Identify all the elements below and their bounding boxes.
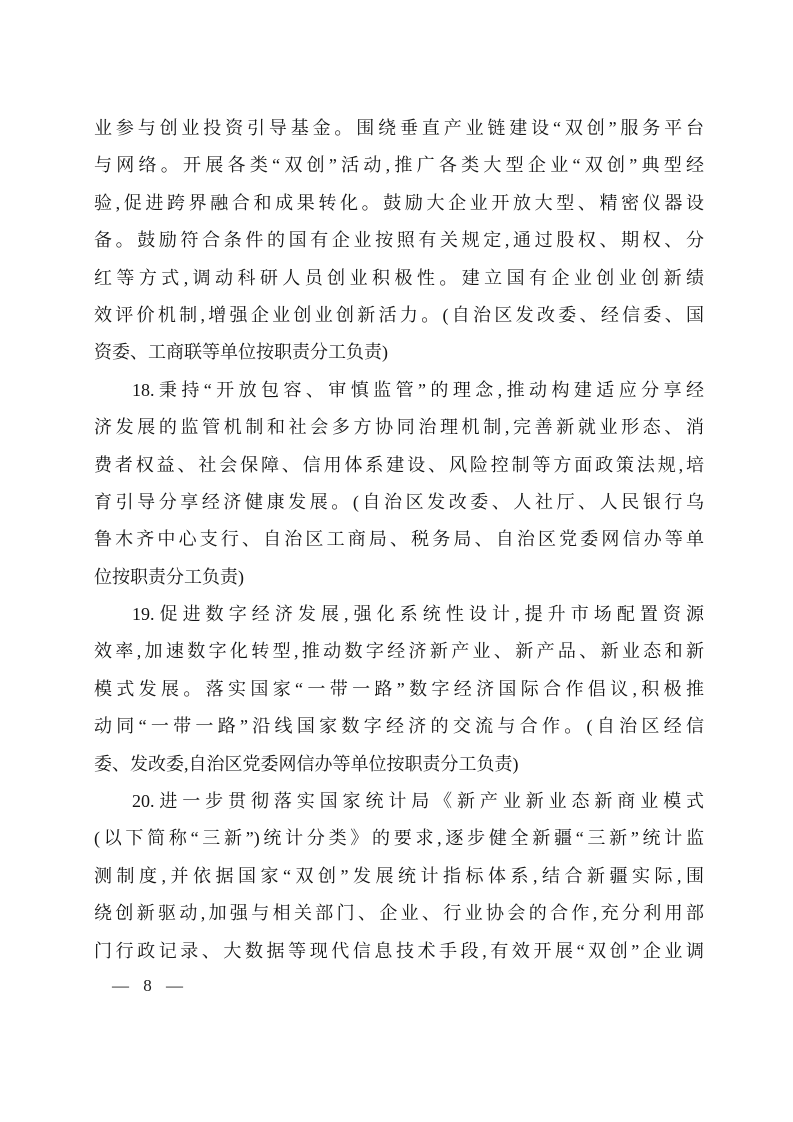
text-line: (以下简称“三新”)统计分类》的要求,逐步健全新疆“三新”统计监: [94, 820, 704, 857]
text-line: 业参与创业投资引导基金。围绕垂直产业链建设“双创”服务平台: [94, 110, 704, 147]
document-body: 业参与创业投资引导基金。围绕垂直产业链建设“双创”服务平台与网络。开展各类“双创…: [94, 110, 704, 970]
text-line: 效率,加速数字化转型,推动数字经济新产业、新产品、新业态和新: [94, 633, 704, 670]
text-line: 测制度,并依据国家“双创”发展统计指标体系,结合新疆实际,围: [94, 858, 704, 895]
text-line: 20.进一步贯彻落实国家统计局《新产业新业态新商业模式: [94, 783, 704, 820]
text-line: 备。鼓励符合条件的国有企业按照有关规定,通过股权、期权、分: [94, 222, 704, 259]
text-line: 育引导分享经济健康发展。(自治区发改委、人社厅、人民银行乌: [94, 484, 704, 521]
text-line: 委、发改委,自治区党委网信办等单位按职责分工负责): [94, 746, 704, 783]
text-line: 绕创新驱动,加强与相关部门、企业、行业协会的合作,充分利用部: [94, 895, 704, 932]
text-line: 效评价机制,增强企业创业创新活力。(自治区发改委、经信委、国: [94, 297, 704, 334]
text-line: 动同“一带一路”沿线国家数字经济的交流与合作。(自治区经信: [94, 708, 704, 745]
text-line: 费者权益、社会保障、信用体系建设、风险控制等方面政策法规,培: [94, 447, 704, 484]
text-line: 模式发展。落实国家“一带一路”数字经济国际合作倡议,积极推: [94, 671, 704, 708]
document-page: 业参与创业投资引导基金。围绕垂直产业链建设“双创”服务平台与网络。开展各类“双创…: [0, 0, 793, 1122]
text-line: 位按职责分工负责): [94, 559, 704, 596]
text-line: 与网络。开展各类“双创”活动,推广各类大型企业“双创”典型经: [94, 147, 704, 184]
text-line: 鲁木齐中心支行、自治区工商局、税务局、自治区党委网信办等单: [94, 521, 704, 558]
text-line: 资委、工商联等单位按职责分工负责): [94, 334, 704, 371]
page-number: — 8 —: [112, 972, 188, 1000]
text-line: 19.促进数字经济发展,强化系统性设计,提升市场配置资源: [94, 596, 704, 633]
text-line: 红等方式,调动科研人员创业积极性。建立国有企业创业创新绩: [94, 260, 704, 297]
text-line: 18.秉持“开放包容、审慎监管”的理念,推动构建适应分享经: [94, 372, 704, 409]
text-line: 济发展的监管机制和社会多方协同治理机制,完善新就业形态、消: [94, 409, 704, 446]
text-line: 门行政记录、大数据等现代信息技术手段,有效开展“双创”企业调: [94, 933, 704, 970]
text-line: 验,促进跨界融合和成果转化。鼓励大企业开放大型、精密仪器设: [94, 185, 704, 222]
